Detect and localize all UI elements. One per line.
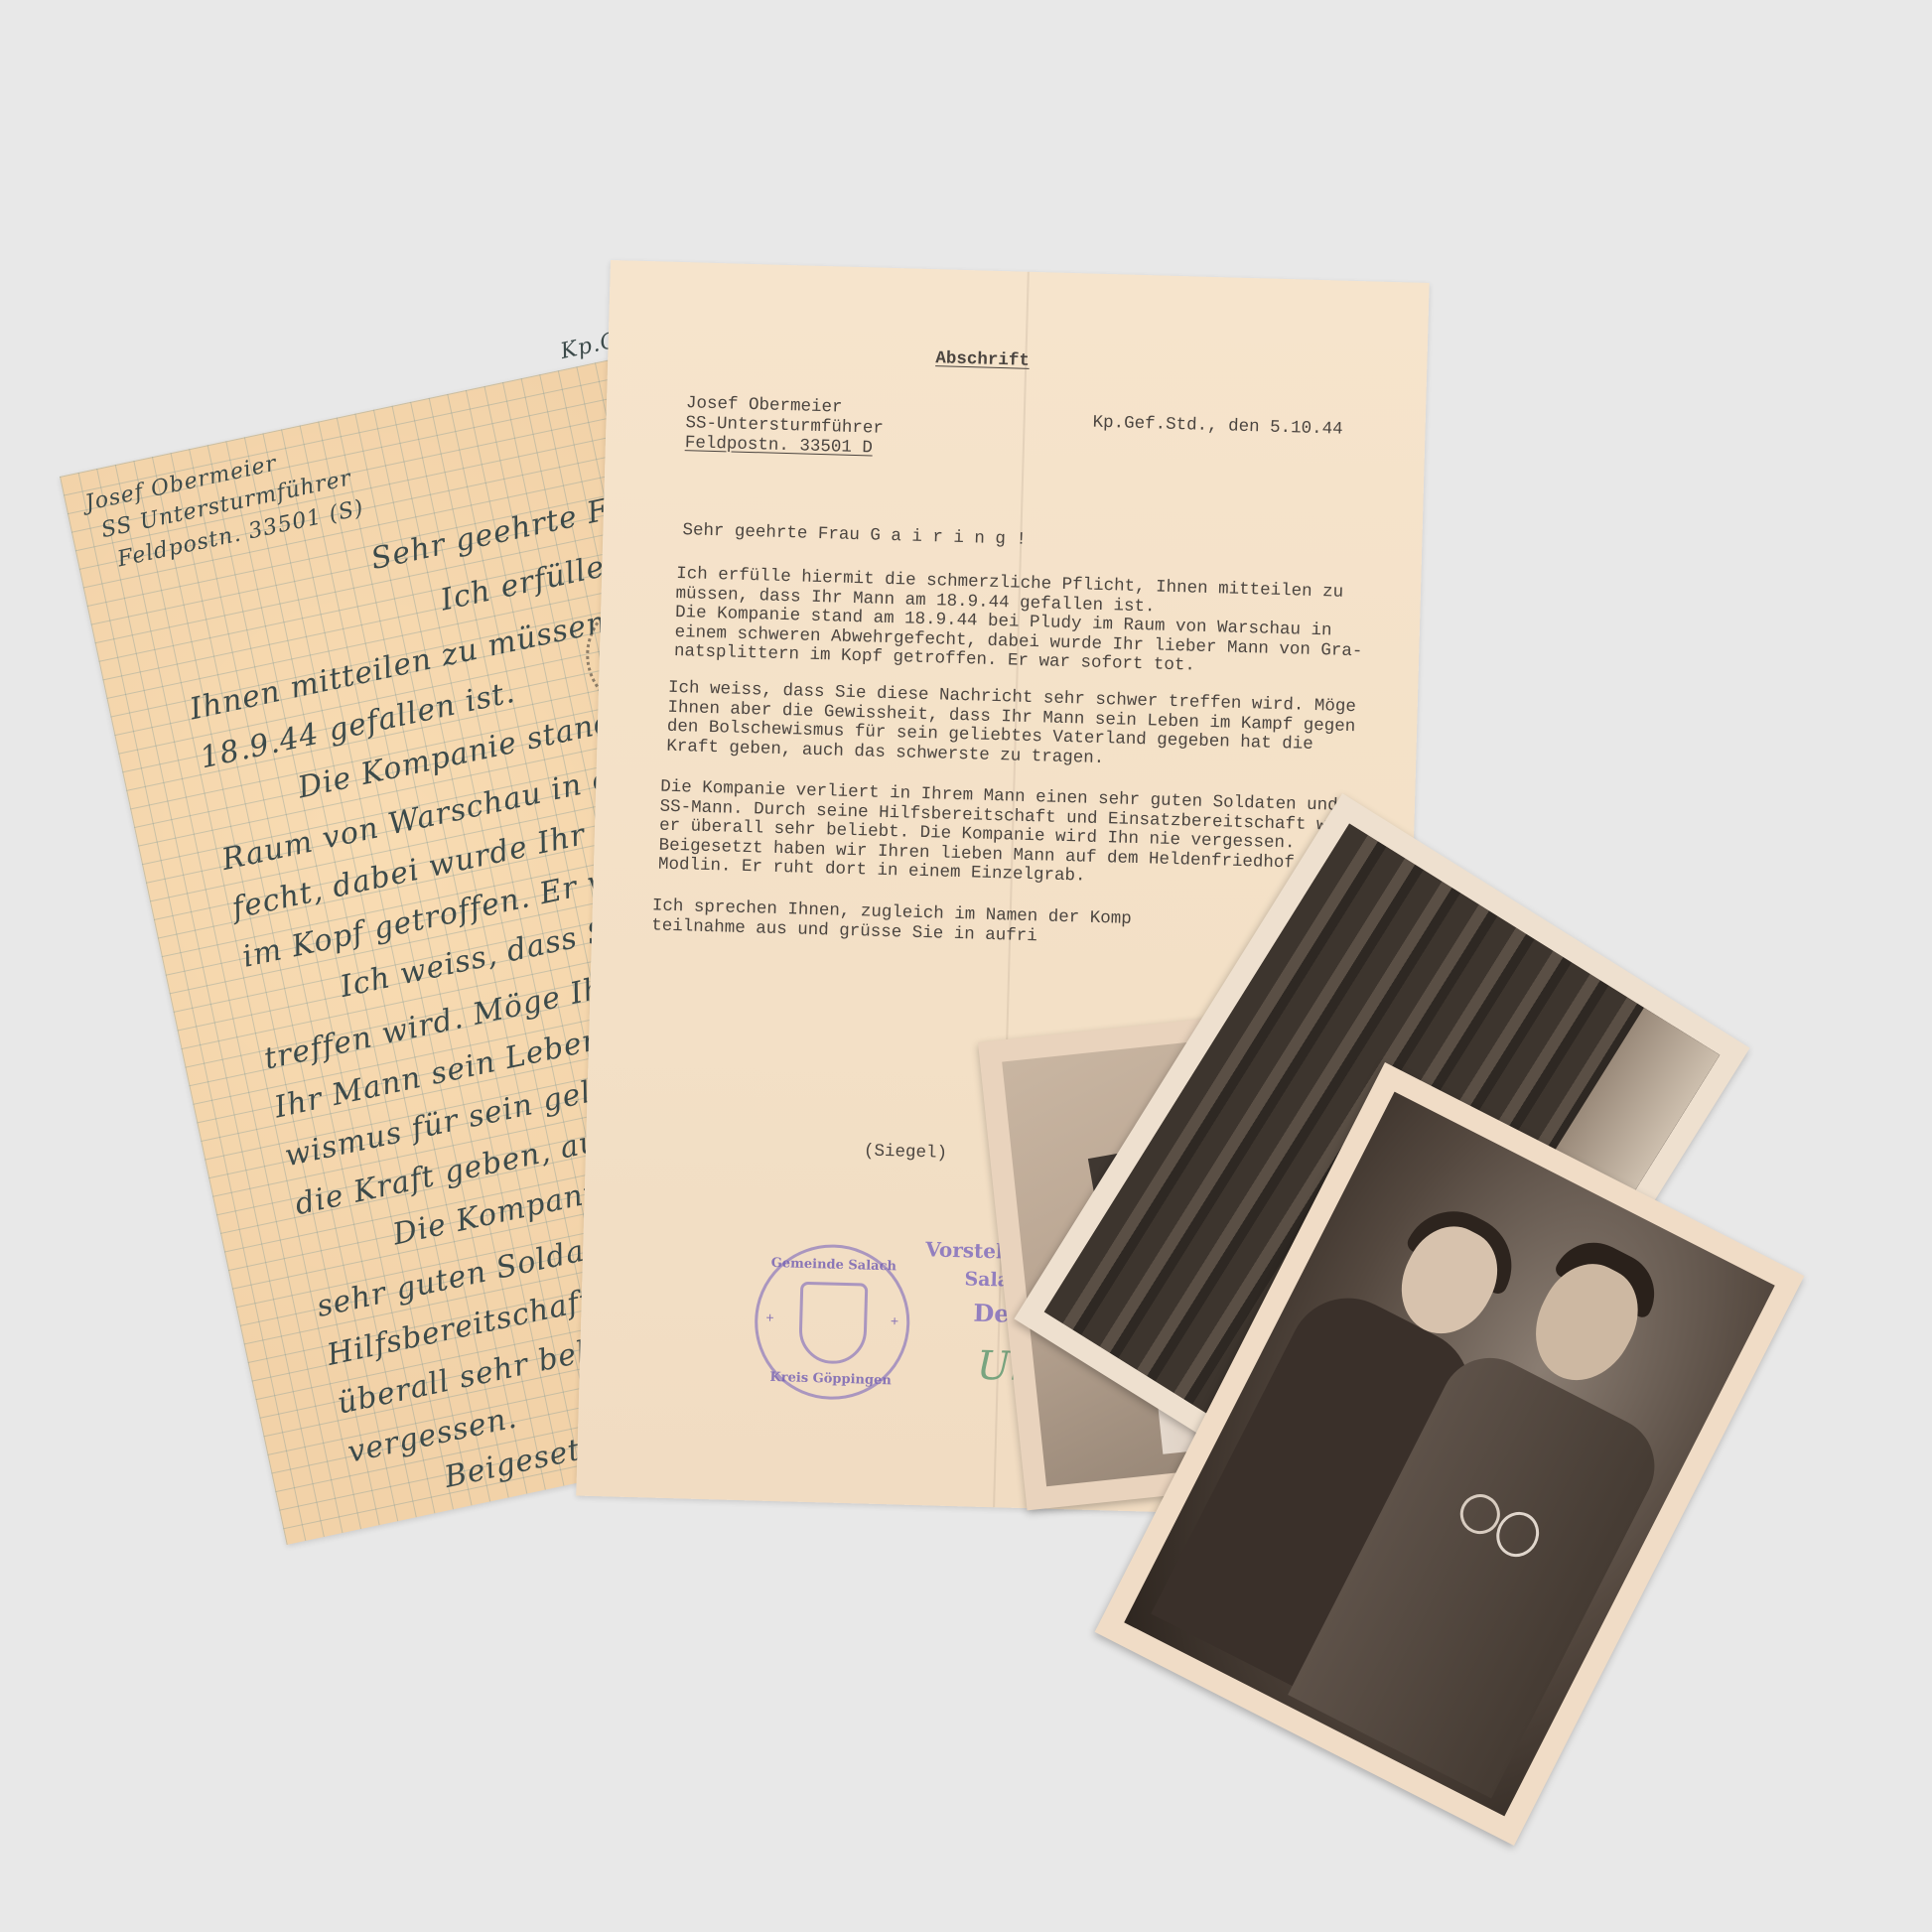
plus-icon: + [891, 1314, 899, 1330]
municipal-seal: Gemeinde Salach + + Kreis Göppingen [753, 1243, 911, 1402]
lion-crest-icon [798, 1282, 868, 1365]
letter-paragraph-2: Ich weiss, dass Sie diese Nachricht sehr… [666, 679, 1356, 775]
sender-fieldpost: Feldpostn. 33501 D [685, 433, 874, 458]
letter-date: Kp.Gef.Std., den 5.10.44 [1092, 413, 1343, 440]
seal-ring-top: Gemeinde Salach [759, 1256, 908, 1275]
seal-ring-bottom: Kreis Göppingen [756, 1370, 904, 1389]
plus-icon: + [765, 1311, 774, 1327]
letter-title: Abschrift [935, 348, 1030, 371]
letter-paragraph-1: Ich erfülle hiermit die schmerzliche Pfl… [674, 565, 1365, 681]
letter-paragraph-3: Die Kompanie verliert in Ihrem Mann eine… [658, 778, 1349, 895]
seal-note: (Siegel) [864, 1141, 948, 1163]
letter-salutation: Sehr geehrte Frau G a i r i n g ! [682, 520, 1027, 550]
